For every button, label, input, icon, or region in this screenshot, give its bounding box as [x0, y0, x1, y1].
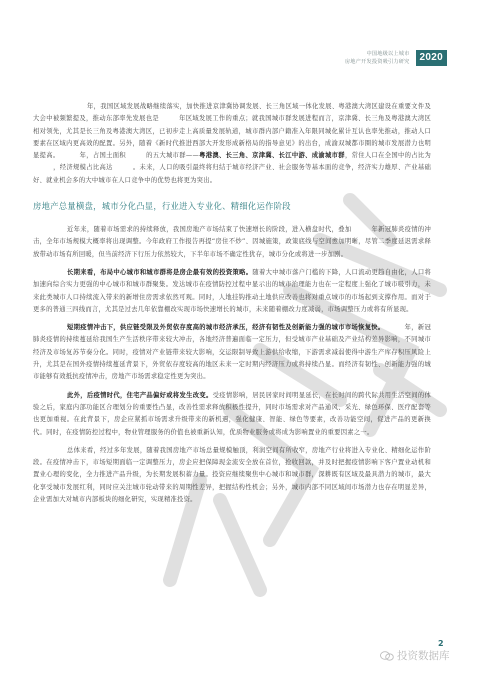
document-body: 年，我国区域发展战略继续落实，加快推进京津冀协调发展、长三角区域一体化发展、粤港…	[33, 101, 431, 506]
p3-lead: 短期疫情冲击下，供应链受限及外贸依存度高的城市经济承压，经济有韧性及创新能力强的…	[67, 324, 385, 331]
brand-name: 投资数据库	[397, 648, 450, 663]
page-number: 2	[438, 639, 444, 648]
report-title-line1: 中国地级以上城市	[345, 50, 410, 58]
p2-lead: 长期来看，布局中心城市和城市群将是房企最有效的投资策略。	[67, 269, 252, 276]
p4-lead: 此外，后疫情时代，住宅产品偏好或将发生改变。	[67, 392, 213, 399]
p3-text: 年，新冠肺炎疫情的持续蔓延给我国生产生活秩序带来较大冲击，各地经济普遍面临一定压…	[33, 324, 431, 380]
intro-text-6: ，常住人口在全国中的占比为	[345, 152, 431, 159]
intro-text-3: 年，占国土面积	[80, 152, 127, 159]
paragraph-long-term: 长期来看，布局中心城市和城市群将是房企最有效的投资策略。随着大中城市落户门槛的下…	[33, 267, 431, 316]
brand-watermark: 投资数据库	[380, 648, 450, 663]
paragraph-market-overview: 近年来，随着市场需求的持续释放，我国房地产市场结束了快速增长的阶段，进入横盘时代…	[33, 224, 431, 261]
report-header: 中国地级以上城市 房地产开发投资吸引力研究 2020	[345, 50, 447, 66]
report-title-line2: 房地产开发投资吸引力研究	[345, 58, 410, 66]
year-badge: 2020	[416, 50, 447, 66]
intro-text-4: 的五大城市群——	[146, 152, 199, 159]
wechat-icon	[380, 651, 394, 661]
section-title: 房地产总量横盘，城市分化凸显，行业进入专业化、精细化运作阶段	[33, 200, 431, 212]
intro-city-clusters: 粤港澳、长三角、京津冀、长江中游、成渝城市群	[199, 152, 345, 159]
paragraph-short-term: 短期疫情冲击下，供应链受限及外贸依存度高的城市经济承压，经济有韧性及创新能力强的…	[33, 322, 431, 383]
p1-text-1: 近年来，随着市场需求的持续释放，我国房地产市场结束了快速增长的阶段，进入横盘时代…	[67, 226, 351, 233]
p5-text: 总体来看，经过多年发展，随着我国房地产市场总量规模触顶，利润空间有所收窄，房地产…	[33, 447, 431, 503]
intro-text-7: ，经济规模占比高达	[53, 164, 113, 171]
intro-paragraph: 年，我国区域发展战略继续落实，加快推进京津冀协调发展、长三角区域一体化发展、粤港…	[33, 101, 431, 187]
paragraph-summary: 总体来看，经过多年发展，随着我国房地产市场总量规模触顶，利润空间有所收窄，房地产…	[33, 445, 431, 506]
paragraph-post-pandemic: 此外，后疫情时代，住宅产品偏好或将发生改变。受疫情影响，居民居家时间明显延长，在…	[33, 390, 431, 439]
report-title: 中国地级以上城市 房地产开发投资吸引力研究	[345, 50, 410, 66]
